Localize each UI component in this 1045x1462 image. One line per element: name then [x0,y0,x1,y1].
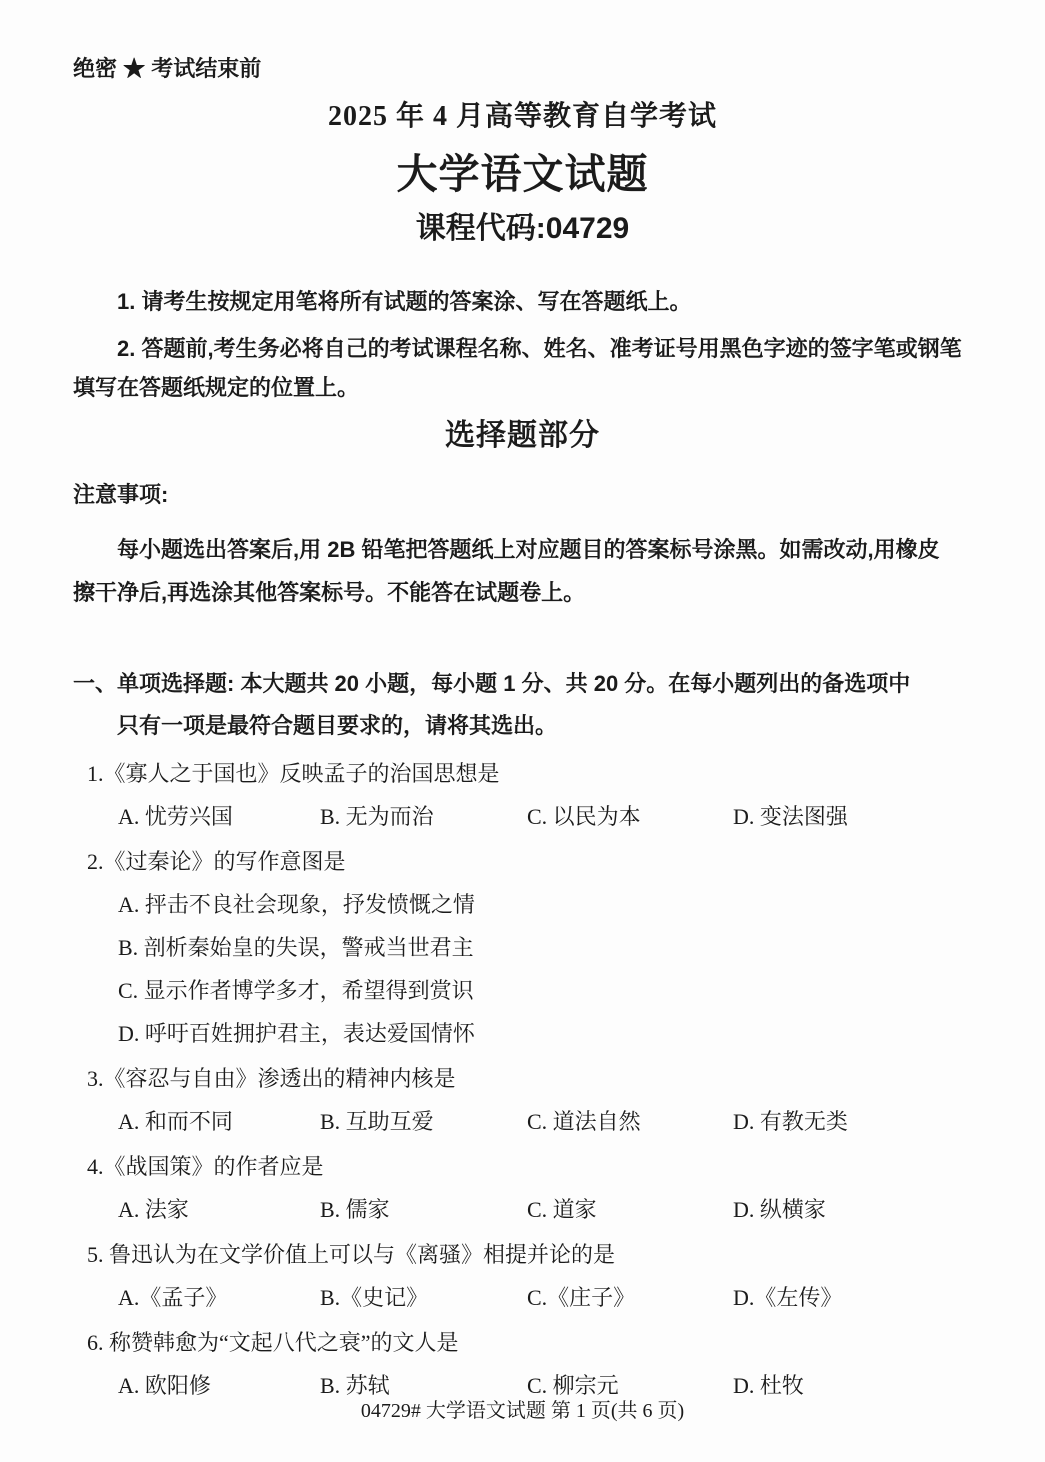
question-3-option-b: B. 互助互爱 [320,1100,527,1143]
question-6: 6. 称赞韩愈为“文起八代之衰”的文人是 A. 欧阳修 B. 苏轼 C. 柳宗元… [73,1321,1005,1407]
question-3-option-d: D. 有教无类 [733,1100,1005,1143]
question-4-options: A. 法家 B. 儒家 C. 道家 D. 纵横家 [118,1188,1005,1231]
multiple-choice-section-heading: 选择题部分 [0,419,1045,453]
classification-banner: 绝密 ★ 考试结束前 [0,0,1045,82]
part1-heading-line-2: 只有一项是最符合题目要求的，请将其选出。 [73,705,985,747]
question-2-option-b: B. 剖析秦始皇的失误，警戒当世君主 [118,926,1005,969]
question-2: 2.《过秦论》的写作意图是 A. 抨击不良社会现象，抒发愤慨之情 B. 剖析秦始… [73,840,1005,1055]
question-1-option-d: D. 变法图强 [733,795,1005,838]
notice-heading: 注意事项: [73,481,1045,509]
question-1-option-c: C. 以民为本 [527,795,733,838]
question-5-option-d: D.《左传》 [733,1276,1005,1319]
instruction-1-line-1: 1. 请考生按规定用笔将所有试题的答案涂、写在答题纸上。 [73,282,980,321]
part1-heading-line-1: 一、单项选择题: 本大题共 20 小题，每小题 1 分、共 20 分。在每小题列… [73,663,985,705]
exam-paper-page: 绝密 ★ 考试结束前 2025 年 4 月高等教育自学考试 大学语文试题 课程代… [0,0,1045,1462]
question-5: 5. 鲁迅认为在文学价值上可以与《离骚》相提并论的是 A.《孟子》 B.《史记》… [73,1233,1005,1319]
question-4-option-c: C. 道家 [527,1188,733,1231]
notice-line-1: 每小题选出答案后,用 2B 铅笔把答题纸上对应题目的答案标号涂黑。如需改动,用橡… [73,528,985,571]
question-2-options: A. 抨击不良社会现象，抒发愤慨之情 B. 剖析秦始皇的失误，警戒当世君主 C.… [118,883,1005,1055]
exam-subject-title: 大学语文试题 [0,150,1045,198]
question-4: 4.《战国策》的作者应是 A. 法家 B. 儒家 C. 道家 D. 纵横家 [73,1145,1005,1231]
question-5-options: A.《孟子》 B.《史记》 C.《庄子》 D.《左传》 [118,1276,1005,1319]
question-5-option-b: B.《史记》 [320,1276,527,1319]
question-5-option-c: C.《庄子》 [527,1276,733,1319]
question-3: 3.《容忍与自由》渗透出的精神内核是 A. 和而不同 B. 互助互爱 C. 道法… [73,1057,1005,1143]
question-4-option-a: A. 法家 [118,1188,320,1231]
question-3-option-c: C. 道法自然 [527,1100,733,1143]
instruction-2-line-1: 2. 答题前,考生务必将自己的考试课程名称、姓名、准考证号用黑色字迹的签字笔或钢… [73,329,980,368]
part1-heading: 一、单项选择题: 本大题共 20 小题，每小题 1 分、共 20 分。在每小题列… [73,663,985,747]
question-1: 1.《寡人之于国也》反映孟子的治国思想是 A. 忧劳兴国 B. 无为而治 C. … [73,752,1005,838]
question-4-stem: 4.《战国策》的作者应是 [87,1145,1005,1188]
general-instructions: 1. 请考生按规定用笔将所有试题的答案涂、写在答题纸上。 2. 答题前,考生务必… [73,282,980,407]
notice-line-2: 擦干净后,再选涂其他答案标号。不能答在试题卷上。 [73,571,985,614]
question-1-stem: 1.《寡人之于国也》反映孟子的治国思想是 [87,752,1005,795]
exam-session-title: 2025 年 4 月高等教育自学考试 [0,100,1045,134]
question-5-stem: 5. 鲁迅认为在文学价值上可以与《离骚》相提并论的是 [87,1233,1005,1276]
question-3-option-a: A. 和而不同 [118,1100,320,1143]
question-2-option-d: D. 呼吁百姓拥护君主，表达爱国情怀 [118,1012,1005,1055]
question-2-option-c: C. 显示作者博学多才，希望得到赏识 [118,969,1005,1012]
instruction-item-1: 1. 请考生按规定用笔将所有试题的答案涂、写在答题纸上。 [73,282,980,321]
question-3-options: A. 和而不同 B. 互助互爱 C. 道法自然 D. 有教无类 [118,1100,1005,1143]
question-1-option-a: A. 忧劳兴国 [118,795,320,838]
question-1-option-b: B. 无为而治 [320,795,527,838]
page-footer: 04729# 大学语文试题 第 1 页(共 6 页) [0,1398,1045,1424]
question-4-option-d: D. 纵横家 [733,1188,1005,1231]
question-list: 1.《寡人之于国也》反映孟子的治国思想是 A. 忧劳兴国 B. 无为而治 C. … [73,752,1005,1407]
question-1-options: A. 忧劳兴国 B. 无为而治 C. 以民为本 D. 变法图强 [118,795,1005,838]
instruction-item-2: 2. 答题前,考生务必将自己的考试课程名称、姓名、准考证号用黑色字迹的签字笔或钢… [73,329,980,407]
question-2-stem: 2.《过秦论》的写作意图是 [87,840,1005,883]
question-2-option-a: A. 抨击不良社会现象，抒发愤慨之情 [118,883,1005,926]
question-4-option-b: B. 儒家 [320,1188,527,1231]
instruction-2-line-2: 填写在答题纸规定的位置上。 [73,368,980,407]
question-6-stem: 6. 称赞韩愈为“文起八代之衰”的文人是 [87,1321,1005,1364]
question-3-stem: 3.《容忍与自由》渗透出的精神内核是 [87,1057,1005,1100]
notice-paragraph: 每小题选出答案后,用 2B 铅笔把答题纸上对应题目的答案标号涂黑。如需改动,用橡… [73,528,985,614]
course-code: 课程代码:04729 [0,214,1045,244]
question-5-option-a: A.《孟子》 [118,1276,320,1319]
